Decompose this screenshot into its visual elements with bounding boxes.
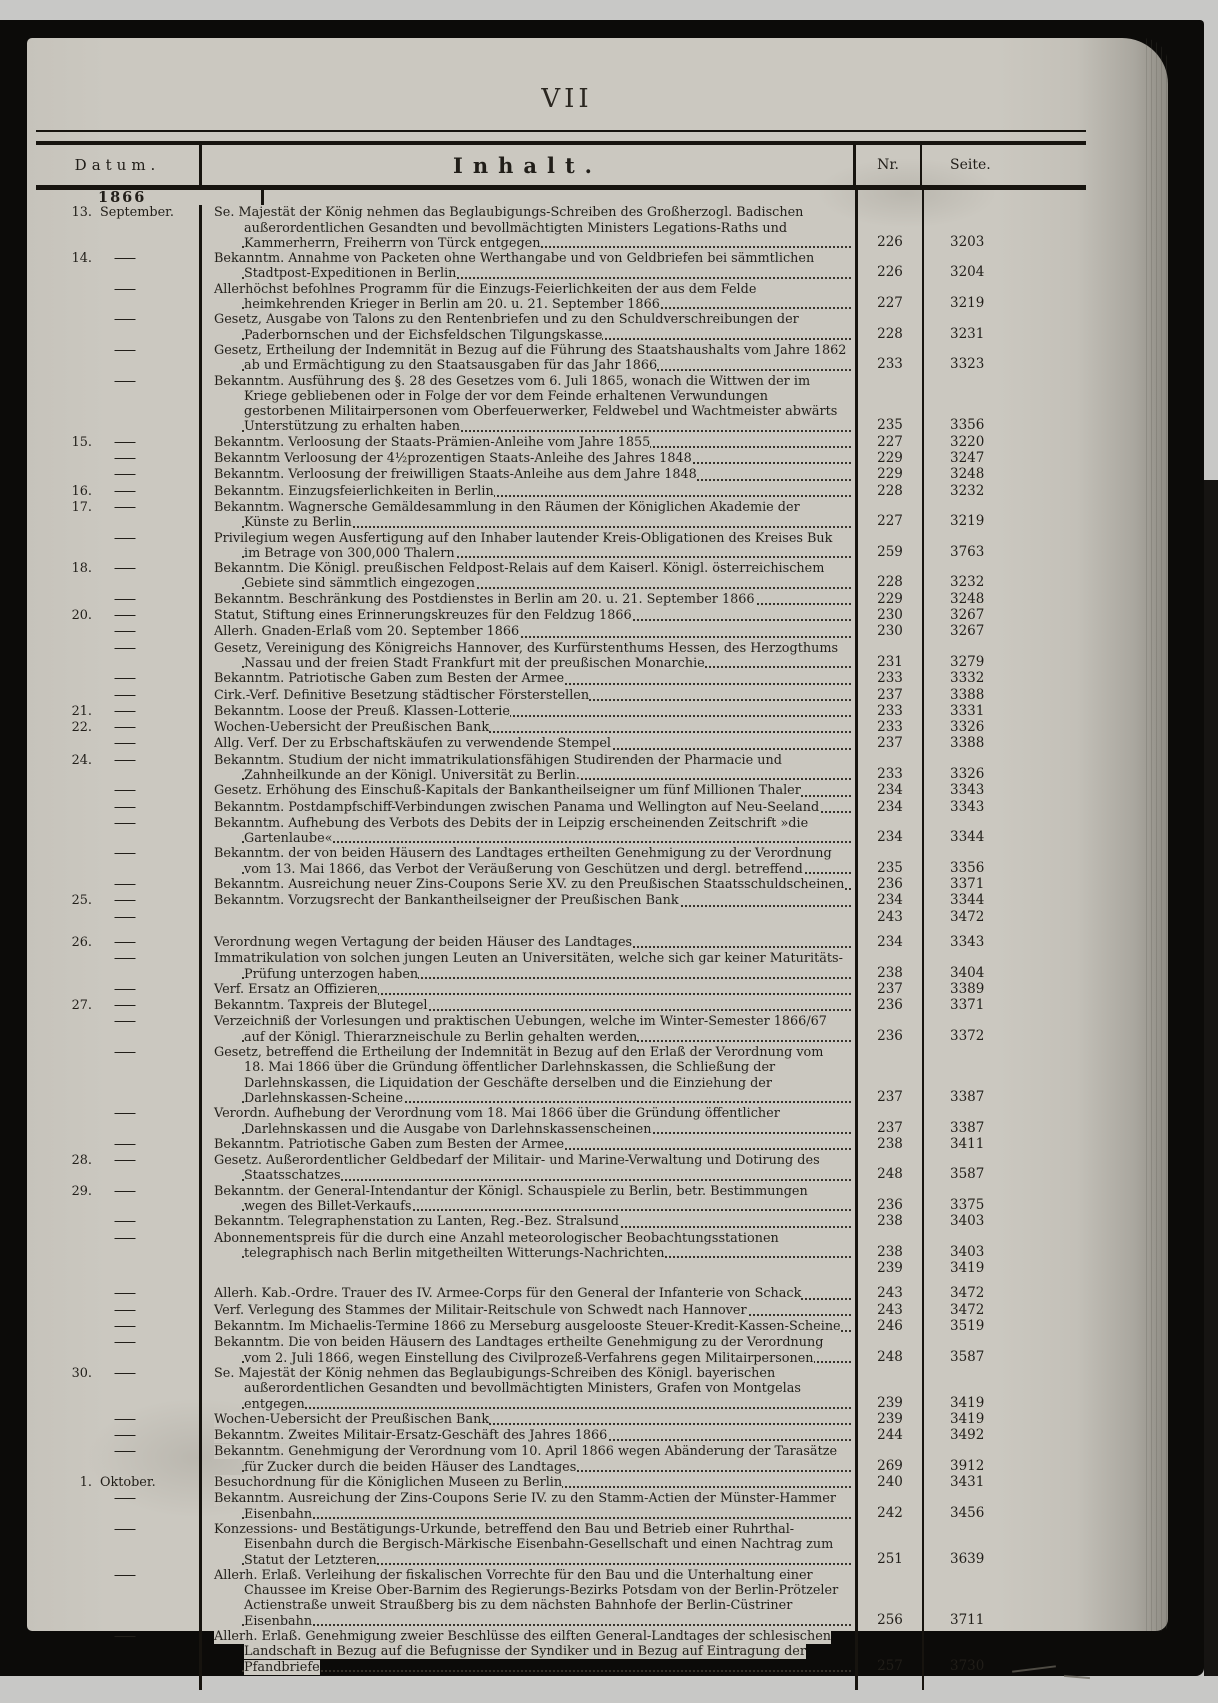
- entry-text-cell: Bekanntm. Ausreichung neuer Zins-Coupons…: [202, 877, 855, 893]
- seite-value: 3203: [950, 235, 984, 250]
- entry-date: —: [36, 1335, 202, 1366]
- entry-nr: 227: [855, 282, 922, 313]
- entry-title: Bekanntm. Patriotische Gaben zum Besten …: [214, 1137, 564, 1152]
- entry-nr: 227: [855, 435, 922, 451]
- entry-seite: 3411: [922, 1137, 1086, 1153]
- nr-value: 230: [877, 608, 903, 623]
- entry-nr: 233: [855, 720, 922, 736]
- seite-value: 3331: [950, 704, 984, 719]
- entry-day: 26.: [36, 935, 92, 950]
- entry-text-cell: Bekanntm. Taxpreis der Blutegel: [202, 998, 855, 1014]
- entry-nr: 226: [855, 251, 922, 282]
- seite-value: 3248: [950, 467, 984, 482]
- toc-entry-row: 17.—Bekanntm. Wagnersche Gemäldesammlung…: [36, 500, 1086, 531]
- entry-nr: 234: [855, 893, 922, 909]
- entry-nr: 229: [855, 467, 922, 483]
- ditto-dash: —: [92, 753, 158, 768]
- entry-nr: 237: [855, 688, 922, 704]
- toc-entry-row: 15.—Bekanntm. Verloosung der Staats-Präm…: [36, 435, 1086, 451]
- nr-value: 226: [877, 265, 903, 280]
- entry-nr: 248: [855, 1153, 922, 1184]
- ditto-dash: —: [92, 816, 158, 831]
- entry-text-cell: Bekanntm. Ausführung des §. 28 des Geset…: [202, 374, 855, 435]
- entry-day: 15.: [36, 435, 92, 450]
- entry-nr: 248: [855, 1335, 922, 1366]
- entry-nr: 259: [855, 531, 922, 562]
- nr-value: 231: [877, 655, 903, 670]
- year-heading-row: 1866: [36, 190, 1086, 205]
- entry-text-cell: Bekanntm. Beschränkung des Postdienstes …: [202, 592, 855, 608]
- nr-value: 236: [877, 998, 903, 1013]
- entry-date: —: [36, 282, 202, 313]
- nr-value: 236: [877, 1029, 903, 1044]
- nr-value: 256: [877, 1613, 903, 1628]
- entry-title: Bekanntm. Im Michaelis-Termine 1866 zu M…: [214, 1319, 841, 1334]
- toc-entry-row: —Gesetz, betreffend die Ertheilung der I…: [36, 1045, 1086, 1106]
- entry-text-cell: Bekanntm. Genehmigung der Verordnung vom…: [202, 1444, 855, 1475]
- nr-value: 227: [877, 296, 903, 311]
- entry-day: 28.: [36, 1153, 92, 1168]
- seite-value: 3267: [950, 624, 984, 639]
- entry-day: 25.: [36, 893, 92, 908]
- nr-value: 234: [877, 783, 903, 798]
- nr-value: 246: [877, 1319, 903, 1334]
- entry-nr: 234: [855, 783, 922, 799]
- entry-seite: 3356: [922, 846, 1086, 877]
- entry-nr: 235: [855, 374, 922, 435]
- entry-nr: 230: [855, 624, 922, 640]
- nr-value: 248: [877, 1350, 903, 1365]
- toc-entry-row: —Bekanntm. Ausreichung der Zins-Coupons …: [36, 1491, 1086, 1522]
- seite-value: 3326: [950, 767, 984, 782]
- seite-value: 3343: [950, 783, 984, 798]
- entry-title: Cirk.-Verf. Definitive Besetzung städtis…: [214, 688, 589, 703]
- ditto-dash: —: [92, 736, 158, 751]
- seite-value: 3231: [950, 327, 984, 342]
- entry-nr: 244: [855, 1428, 922, 1444]
- entry-title: Gesetz, betreffend die Ertheilung der In…: [214, 1045, 823, 1106]
- entry-date: —: [36, 982, 202, 998]
- ditto-dash: —: [92, 1153, 158, 1168]
- entry-text-cell: Bekanntm. Aufhebung des Verbots des Debi…: [202, 816, 855, 847]
- ditto-dash: —: [92, 893, 158, 908]
- entry-day: 30.: [36, 1366, 92, 1381]
- entry-nr: 233: [855, 753, 922, 784]
- entry-text-cell: Allerh. Gnaden-Erlaß vom 20. September 1…: [202, 624, 855, 640]
- dot-leader: [242, 1624, 851, 1626]
- entry-seite: 3711: [922, 1568, 1086, 1629]
- toc-entry-row: —Bekanntm. Patriotische Gaben zum Besten…: [36, 1137, 1086, 1153]
- entry-text-cell: [202, 1261, 855, 1277]
- rule-tail-cell: [202, 1675, 855, 1690]
- entry-nr: 236: [855, 1014, 922, 1045]
- entry-date: —: [36, 312, 202, 343]
- nr-value: 237: [877, 1090, 903, 1105]
- nr-value: 229: [877, 467, 903, 482]
- ditto-dash: —: [92, 467, 158, 482]
- ditto-dash: —: [92, 435, 158, 450]
- ditto-dash: —: [92, 500, 158, 515]
- entry-nr: 236: [855, 1184, 922, 1215]
- entry-seite: 3403: [922, 1214, 1086, 1230]
- entry-seite: 3419: [922, 1366, 1086, 1412]
- entry-nr: 238: [855, 1231, 922, 1262]
- entry-text-cell: Immatrikulation von solchen jungen Leute…: [202, 951, 855, 982]
- entry-month: Oktober.: [92, 1475, 156, 1490]
- entry-date: —: [36, 800, 202, 816]
- entry-text-cell: Se. Majestät der König nehmen das Beglau…: [202, 1366, 855, 1412]
- ditto-dash: —: [92, 846, 158, 861]
- nr-value: 228: [877, 327, 903, 342]
- toc-entry-row: —Konzessions- und Bestätigungs-Urkunde, …: [36, 1522, 1086, 1568]
- entry-seite: 3403: [922, 1231, 1086, 1262]
- entry-title: Statut, Stiftung eines Erinnerungskreuze…: [214, 608, 632, 623]
- nr-value: 234: [877, 935, 903, 950]
- entry-title: Bekanntm. Einzugsfeierlichkeiten in Berl…: [214, 484, 494, 499]
- toc-entry-row: —Verzeichniß der Vorlesungen und praktis…: [36, 1014, 1086, 1045]
- entry-seite: 3204: [922, 251, 1086, 282]
- entry-date: —: [36, 783, 202, 799]
- entry-text-cell: Gesetz, betreffend die Ertheilung der In…: [202, 1045, 855, 1106]
- entry-text-cell: Bekanntm. Verloosung der Staats-Prämien-…: [202, 435, 855, 451]
- entry-date: —: [36, 1522, 202, 1568]
- entry-date: 29.—: [36, 1184, 202, 1215]
- entry-title: Bekanntm. Taxpreis der Blutegel: [214, 998, 428, 1013]
- entry-date: —: [36, 910, 202, 926]
- seite-value: 3472: [950, 910, 984, 925]
- entry-date: 24.—: [36, 753, 202, 784]
- ditto-dash: —: [92, 592, 158, 607]
- nr-value: 243: [877, 1303, 903, 1318]
- entry-day: 20.: [36, 608, 92, 623]
- entry-nr: 237: [855, 736, 922, 752]
- entry-day: 16.: [36, 484, 92, 499]
- seite-value: 3371: [950, 998, 984, 1013]
- entry-nr: 228: [855, 484, 922, 500]
- entry-date: —: [36, 467, 202, 483]
- entry-seite: 3388: [922, 688, 1086, 704]
- ditto-dash: —: [92, 1444, 158, 1459]
- entry-title: Bekanntm. Postdampfschiff-Verbindungen z…: [214, 800, 819, 815]
- entry-seite: [922, 190, 1086, 205]
- nr-value: 269: [877, 1459, 903, 1474]
- entry-seite: 3763: [922, 531, 1086, 562]
- seite-value: 3375: [950, 1198, 984, 1213]
- entry-text-cell: Allerh. Kab.-Ordre. Trauer des IV. Armee…: [202, 1277, 855, 1302]
- nr-value: 240: [877, 1475, 903, 1490]
- seite-value: 3219: [950, 296, 984, 311]
- ditto-dash: —: [92, 1231, 158, 1246]
- nr-value: 228: [877, 575, 903, 590]
- entry-seite: 3431: [922, 1475, 1086, 1491]
- entry-text-cell: [264, 190, 855, 205]
- ditto-dash: —: [92, 720, 158, 735]
- entry-seite: 3219: [922, 500, 1086, 531]
- toc-entry-row: —Gesetz, Ausgabe von Talons zu den Rente…: [36, 312, 1086, 343]
- toc-entry-row: —Allerh. Gnaden-Erlaß vom 20. September …: [36, 624, 1086, 640]
- nr-value: 237: [877, 1121, 903, 1136]
- toc-entry-row: 1.Oktober.Besuchordnung für die Königlic…: [36, 1475, 1086, 1491]
- entry-text-cell: Bekanntm. Ausreichung der Zins-Coupons S…: [202, 1491, 855, 1522]
- entry-nr: 234: [855, 800, 922, 816]
- nr-value: 257: [877, 1659, 903, 1674]
- entry-nr: 231: [855, 641, 922, 672]
- ditto-dash: —: [92, 951, 158, 966]
- entry-text-cell: Allerh. Erlaß. Verleihung der fiskalisch…: [202, 1568, 855, 1629]
- toc-entry-row: —Gesetz, Ertheilung der Indemnität in Be…: [36, 343, 1086, 374]
- entry-day: 1.: [36, 1475, 92, 1490]
- ditto-dash: —: [92, 1137, 158, 1152]
- entry-text-cell: Gesetz. Außerordentlicher Geldbedarf der…: [202, 1153, 855, 1184]
- seite-value: 3219: [950, 514, 984, 529]
- entry-title: Allg. Verf. Der zu Erbschaftskäufen zu v…: [214, 736, 611, 751]
- ditto-dash: —: [92, 1491, 158, 1506]
- entry-seite: 3232: [922, 561, 1086, 592]
- entry-date: —: [36, 1444, 202, 1475]
- entry-title: Bekanntm. Telegraphenstation zu Lanten, …: [214, 1214, 619, 1229]
- entry-text-cell: Wochen-Uebersicht der Preußischen Bank: [202, 1412, 855, 1428]
- entry-text-cell: Bekanntm. Telegraphenstation zu Lanten, …: [202, 1214, 855, 1230]
- ditto-dash: —: [92, 1014, 158, 1029]
- entry-seite: 3492: [922, 1428, 1086, 1444]
- ditto-dash: —: [92, 343, 158, 358]
- entry-title: Bekanntm. Patriotische Gaben zum Besten …: [214, 671, 564, 686]
- ditto-dash: —: [92, 688, 158, 703]
- toc-entry-row: —Allerh. Kab.-Ordre. Trauer des IV. Arme…: [36, 1277, 1086, 1302]
- seite-value: 3472: [950, 1286, 984, 1301]
- entry-text-cell: Verordnung wegen Vertagung der beiden Hä…: [202, 926, 855, 951]
- toc-entry-row: —2433472: [36, 910, 1086, 926]
- nr-value: 235: [877, 861, 903, 876]
- entry-date: —: [36, 1106, 202, 1137]
- nr-value: 238: [877, 1214, 903, 1229]
- ditto-dash: —: [92, 282, 158, 297]
- toc-entry-row: —Bekanntm. Patriotische Gaben zum Besten…: [36, 671, 1086, 687]
- entry-nr: 228: [855, 312, 922, 343]
- entry-seite: 3232: [922, 484, 1086, 500]
- nr-value: 238: [877, 1137, 903, 1152]
- rule-tail-cell: [855, 1675, 922, 1690]
- entry-text-cell: Bekanntm. Annahme von Packeten ohne Wert…: [202, 251, 855, 282]
- toc-entry-row: 26.—Verordnung wegen Vertagung der beide…: [36, 926, 1086, 951]
- ditto-dash: —: [92, 800, 158, 815]
- entry-title: Bekanntm. Die von beiden Häusern des Lan…: [214, 1335, 823, 1365]
- ditto-dash: —: [92, 1629, 158, 1644]
- entry-seite: 3912: [922, 1444, 1086, 1475]
- entry-date: —: [36, 343, 202, 374]
- entry-date: 21.—: [36, 704, 202, 720]
- entry-day: 29.: [36, 1184, 92, 1199]
- entry-date: 28.—: [36, 1153, 202, 1184]
- seite-value: 3587: [950, 1350, 984, 1365]
- toc-entry-row: —Allerh. Erlaß. Genehmigung zweier Besch…: [36, 1629, 1086, 1675]
- entry-seite: 3219: [922, 282, 1086, 313]
- entry-seite: 3267: [922, 608, 1086, 624]
- ditto-dash: —: [92, 641, 158, 656]
- seite-value: 3220: [950, 435, 984, 450]
- seite-value: 3326: [950, 720, 984, 735]
- toc-entry-row: —Gesetz. Erhöhung des Einschuß-Kapitals …: [36, 783, 1086, 799]
- toc-entry-row: —Bekanntm. Ausführung des §. 28 des Gese…: [36, 374, 1086, 435]
- seite-value: 3387: [950, 1090, 984, 1105]
- entry-title: Besuchordnung für die Königlichen Museen…: [214, 1475, 562, 1490]
- scan-edge-shadow: [1204, 480, 1218, 1676]
- entry-nr: 251: [855, 1522, 922, 1568]
- column-header-inhalt: Inhalt.: [202, 145, 853, 185]
- top-double-rule: [36, 130, 1086, 145]
- toc-entry-row: —Bekanntm. der von beiden Häusern des La…: [36, 846, 1086, 877]
- entry-title: Gesetz. Erhöhung des Einschuß-Kapitals d…: [214, 783, 801, 798]
- seite-value: 3356: [950, 418, 984, 433]
- entry-nr: 226: [855, 205, 922, 251]
- ditto-dash: —: [92, 783, 158, 798]
- entry-text-cell: Bekanntm. Loose der Preuß. Klassen-Lotte…: [202, 704, 855, 720]
- seite-value: 3387: [950, 1121, 984, 1136]
- entry-seite: 3387: [922, 1045, 1086, 1106]
- ditto-dash: —: [92, 1568, 158, 1583]
- entry-date: —: [36, 671, 202, 687]
- entry-date: 30.—: [36, 1366, 202, 1412]
- nr-value: 237: [877, 688, 903, 703]
- seite-value: 3323: [950, 357, 984, 372]
- entry-text-cell: [202, 910, 855, 926]
- ditto-dash: —: [92, 1286, 158, 1301]
- entry-seite: 3220: [922, 435, 1086, 451]
- nr-value: 230: [877, 624, 903, 639]
- page-edge-texture: [1142, 38, 1168, 1631]
- entry-date: 15.—: [36, 435, 202, 451]
- entry-seite: 3332: [922, 671, 1086, 687]
- entry-seite: 3231: [922, 312, 1086, 343]
- entry-nr: 238: [855, 1137, 922, 1153]
- seite-value: 3639: [950, 1552, 984, 1567]
- entry-seite: 3472: [922, 910, 1086, 926]
- seite-value: 3403: [950, 1214, 984, 1229]
- toc-entry-row: —Privilegium wegen Ausfertigung auf den …: [36, 531, 1086, 562]
- entry-text-cell: Bekanntm. Zweites Militair-Ersatz-Geschä…: [202, 1428, 855, 1444]
- entry-text-cell: Cirk.-Verf. Definitive Besetzung städtis…: [202, 688, 855, 704]
- entry-title: Bekanntm. Vorzugsrecht der Bankantheilse…: [214, 893, 679, 908]
- entry-date: —: [36, 592, 202, 608]
- ditto-dash: —: [92, 531, 158, 546]
- entry-date: 14.—: [36, 251, 202, 282]
- entry-title: Allerh. Gnaden-Erlaß vom 20. September 1…: [214, 624, 519, 639]
- nr-value: 243: [877, 910, 903, 925]
- column-header-datum: Datum.: [36, 145, 202, 185]
- nr-value: 233: [877, 357, 903, 372]
- seite-value: 3232: [950, 484, 984, 499]
- toc-entry-row: —Verordn. Aufhebung der Verordnung vom 1…: [36, 1106, 1086, 1137]
- entry-date: —: [36, 1629, 202, 1675]
- column-header-seite: Seite.: [920, 145, 1086, 185]
- ditto-dash: —: [92, 1428, 158, 1443]
- entry-seite: 3372: [922, 1014, 1086, 1045]
- toc-entry-row: 13.September.Se. Majestät der König nehm…: [36, 205, 1086, 251]
- rule-tail-cell: [36, 1675, 202, 1690]
- ditto-dash: —: [92, 312, 158, 327]
- nr-value: 229: [877, 592, 903, 607]
- entry-nr: 233: [855, 343, 922, 374]
- entry-title: Verordnung wegen Vertagung der beiden Hä…: [214, 935, 632, 950]
- toc-entry-row: —Allerhöchst befohlnes Programm für die …: [36, 282, 1086, 313]
- entry-title: Bekanntm. Ausreichung neuer Zins-Coupons…: [214, 877, 844, 892]
- seite-value: 3247: [950, 451, 984, 466]
- toc-entry-row: —Bekanntm. Die von beiden Häusern des La…: [36, 1335, 1086, 1366]
- seite-value: 3587: [950, 1167, 984, 1182]
- seite-value: 3343: [950, 935, 984, 950]
- entry-seite: 3419: [922, 1412, 1086, 1428]
- entry-day: 24.: [36, 753, 92, 768]
- entry-text-cell: Statut, Stiftung eines Erinnerungskreuze…: [202, 608, 855, 624]
- seite-value: 3419: [950, 1396, 984, 1411]
- entry-seite: 3387: [922, 1106, 1086, 1137]
- entry-text-cell: Bekanntm. Wagnersche Gemäldesammlung in …: [202, 500, 855, 531]
- ditto-dash: —: [92, 608, 158, 623]
- ditto-dash: —: [92, 374, 158, 389]
- entry-date: —: [36, 736, 202, 752]
- toc-entry-row: —Bekanntm. Postdampfschiff-Verbindungen …: [36, 800, 1086, 816]
- entry-text-cell: Bekanntm. Die Königl. preußischen Feldpo…: [202, 561, 855, 592]
- seite-value: 3403: [950, 1245, 984, 1260]
- entry-nr: 237: [855, 1045, 922, 1106]
- entry-text-cell: Bekanntm. Postdampfschiff-Verbindungen z…: [202, 800, 855, 816]
- nr-value: 234: [877, 800, 903, 815]
- entry-date: —: [36, 641, 202, 672]
- entry-nr: 229: [855, 592, 922, 608]
- entry-title: Bekanntm. Loose der Preuß. Klassen-Lotte…: [214, 704, 510, 719]
- entry-nr: 269: [855, 1444, 922, 1475]
- entry-date: —: [36, 1428, 202, 1444]
- entry-seite: 3472: [922, 1277, 1086, 1302]
- nr-value: 243: [877, 1286, 903, 1301]
- ditto-dash: —: [92, 998, 158, 1013]
- entry-date: —: [36, 1491, 202, 1522]
- toc-entry-row: 16.—Bekanntm. Einzugsfeierlichkeiten in …: [36, 484, 1086, 500]
- entry-title: Wochen-Uebersicht der Preußischen Bank: [214, 1412, 489, 1427]
- entry-seite: 3639: [922, 1522, 1086, 1568]
- nr-value: 226: [877, 235, 903, 250]
- entry-seite: 3371: [922, 998, 1086, 1014]
- entry-date: 1866: [36, 190, 264, 205]
- toc-entry-row: 18.—Bekanntm. Die Königl. preußischen Fe…: [36, 561, 1086, 592]
- entry-seite: 3344: [922, 816, 1086, 847]
- entry-text-cell: Privilegium wegen Ausfertigung auf den I…: [202, 531, 855, 562]
- toc-entry-row: —Bekanntm. Ausreichung neuer Zins-Coupon…: [36, 877, 1086, 893]
- entry-title: Verf. Ersatz an Offizieren: [214, 982, 378, 997]
- entry-date: 13.September.: [36, 205, 202, 251]
- entry-date: —: [36, 951, 202, 982]
- entry-text-cell: Wochen-Uebersicht der Preußischen Bank: [202, 720, 855, 736]
- entry-date: —: [36, 1303, 202, 1319]
- entry-date: —: [36, 1137, 202, 1153]
- toc-entry-row: —Immatrikulation von solchen jungen Leut…: [36, 951, 1086, 982]
- seite-value: 3204: [950, 265, 984, 280]
- entry-text-cell: Bekanntm. Patriotische Gaben zum Besten …: [202, 1137, 855, 1153]
- entry-date: —: [36, 1412, 202, 1428]
- nr-value: 228: [877, 484, 903, 499]
- toc-entry-row: 25.—Bekanntm. Vorzugsrecht der Bankanthe…: [36, 893, 1086, 909]
- entry-text-cell: Verzeichniß der Vorlesungen und praktisc…: [202, 1014, 855, 1045]
- seite-value: 3472: [950, 1303, 984, 1318]
- entry-nr: [855, 190, 922, 205]
- entry-nr: 230: [855, 608, 922, 624]
- entry-nr: 228: [855, 561, 922, 592]
- entry-seite: 3279: [922, 641, 1086, 672]
- nr-value: 259: [877, 545, 903, 560]
- seite-value: 3248: [950, 592, 984, 607]
- entry-date: —: [36, 531, 202, 562]
- entry-nr: 238: [855, 1214, 922, 1230]
